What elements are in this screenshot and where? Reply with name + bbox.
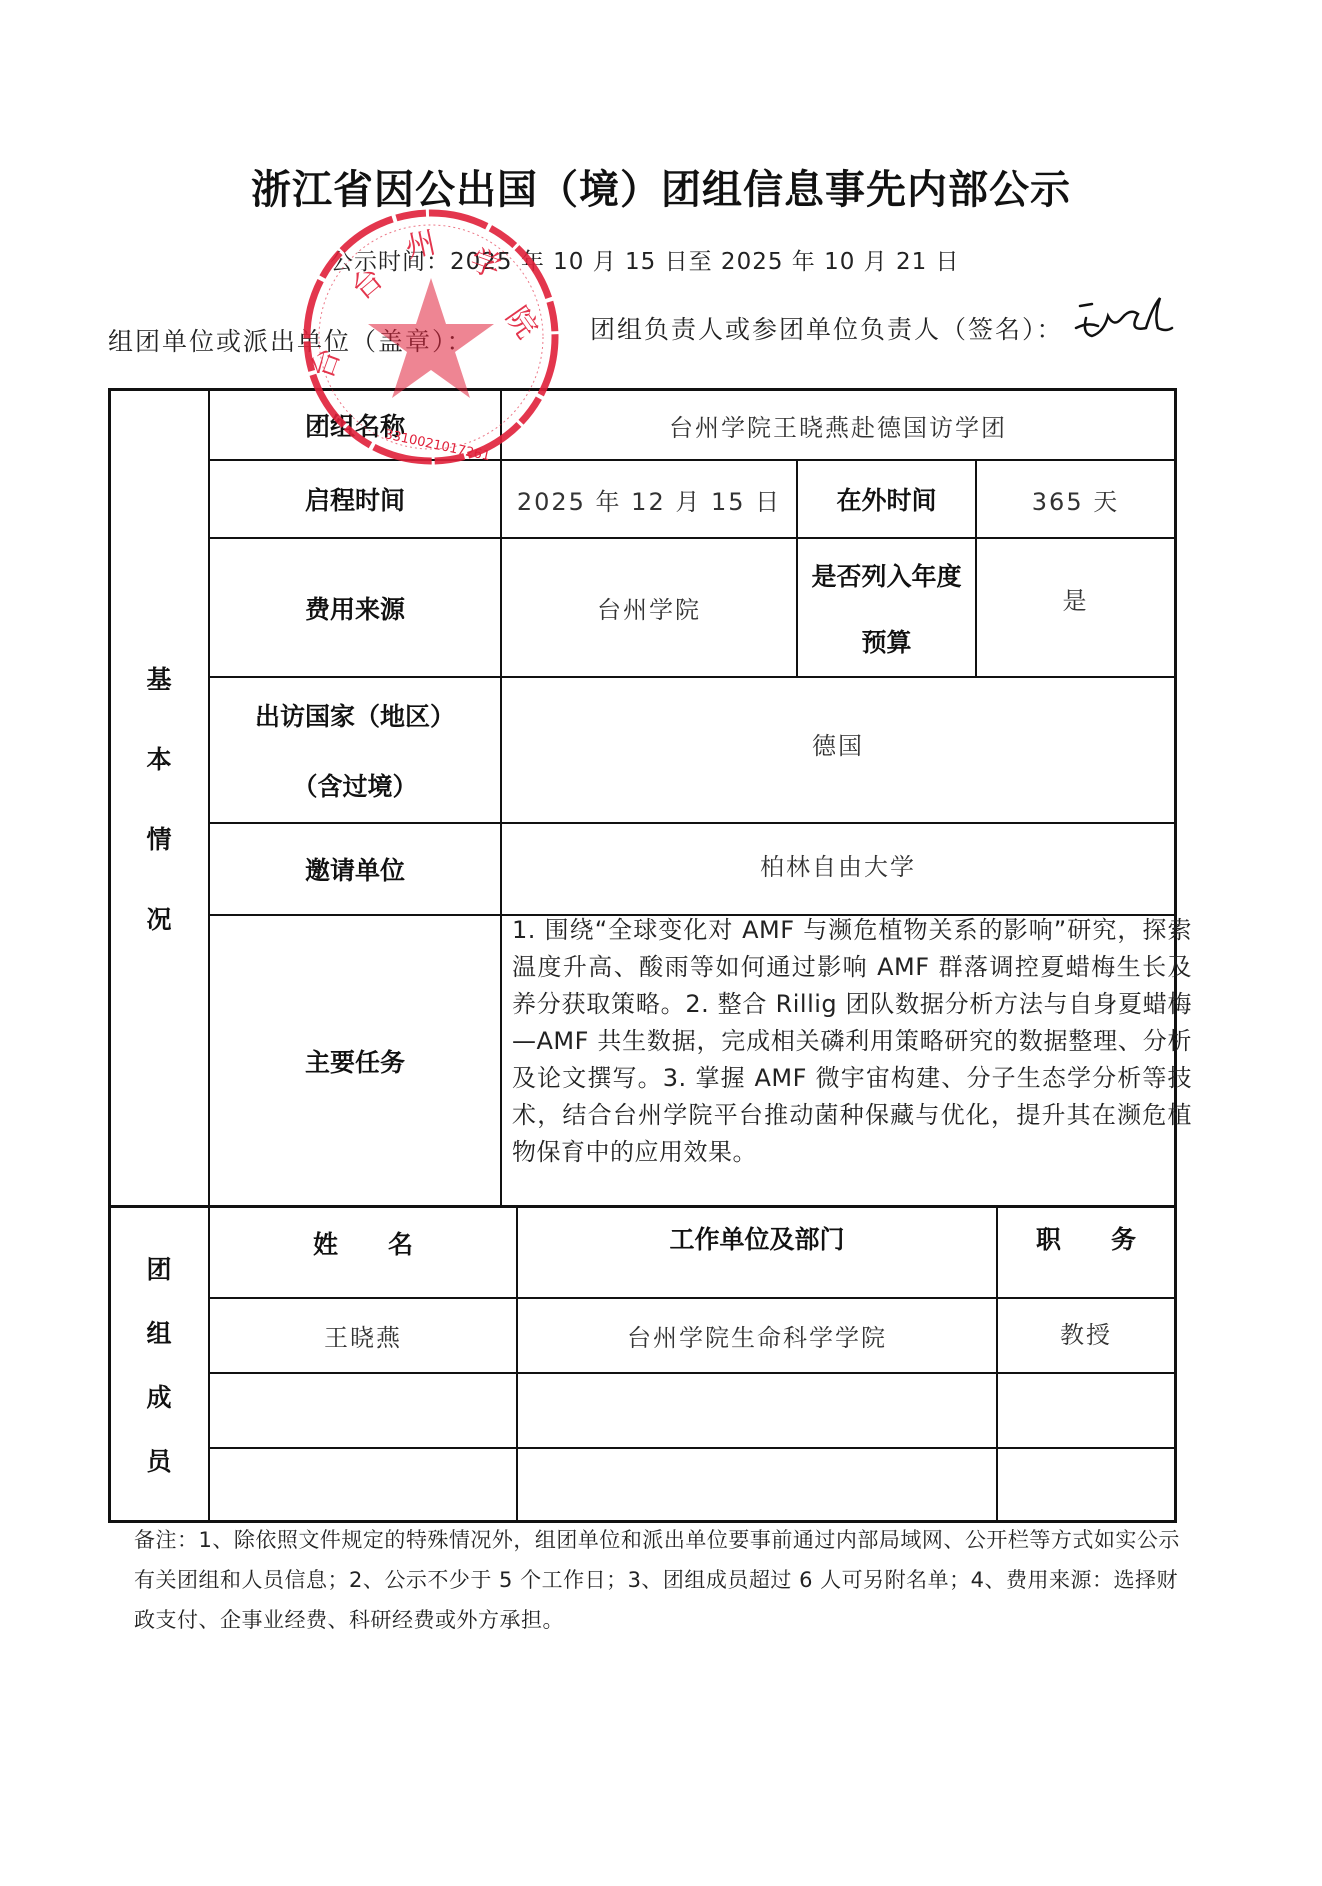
group-name-label: 团组名称 [210,391,500,459]
duration-label: 在外时间 [798,461,975,537]
basic-info-section-label: 基 本 情 况 [110,391,208,1205]
countries-label: 出访国家（地区） （含过境） [210,678,500,822]
document-title: 浙江省因公出国（境）团组信息事先内部公示 [0,158,1322,215]
member-unit [518,1449,996,1520]
members-section-label: 团 组 成 员 [110,1208,208,1520]
member-name: 王晓燕 [210,1299,516,1372]
tasks-label: 主要任务 [210,916,500,1205]
member-unit-header: 工作单位及部门 [518,1208,996,1268]
footnotes: 备注：1、除依照文件规定的特殊情况外，组团单位和派出单位要事前通过内部局域网、公… [134,1520,1194,1640]
member-position: 教授 [998,1299,1174,1365]
inviter-value: 柏林自由大学 [502,824,1174,904]
org-unit-seal-label: 组团单位或派出单位（盖章）： [108,322,474,358]
member-name-header: 姓 名 [210,1208,516,1278]
group-name-value: 台州学院王晓燕赴德国访学团 [502,391,1174,459]
inviter-label: 邀请单位 [210,824,500,914]
leader-signature-label: 团组负责人或参团单位负责人（签名）： [590,310,1064,346]
member-position [998,1449,1174,1520]
member-unit: 台州学院生命科学学院 [518,1299,996,1372]
member-unit [518,1374,996,1447]
publicity-period: 公示时间：2025 年 10 月 15 日至 2025 年 10 月 21 日 [330,243,960,276]
period-label: 公示时间： [330,249,450,275]
funding-label: 费用来源 [210,539,500,676]
countries-value: 德国 [502,678,1174,808]
member-name [210,1449,516,1520]
member-position [998,1374,1174,1447]
departure-date: 2025 年 12 月 15 日 [502,461,796,537]
departure-label: 启程时间 [210,461,500,537]
handwritten-signature-icon [1068,288,1178,348]
budget-label: 是否列入年度 预算 [798,539,975,676]
svg-text:院: 院 [498,301,544,346]
period-value: 2025 年 10 月 15 日至 2025 年 10 月 21 日 [450,249,960,275]
budget-value: 是 [977,539,1174,657]
funding-value: 台州学院 [502,539,796,676]
duration-value: 365 天 [977,461,1174,537]
member-name [210,1374,516,1447]
member-position-header: 职 务 [998,1208,1174,1268]
tasks-value: 1. 围绕“全球变化对 AMF 与濒危植物关系的影响”研究，探索温度升高、酸雨等… [512,912,1192,1171]
